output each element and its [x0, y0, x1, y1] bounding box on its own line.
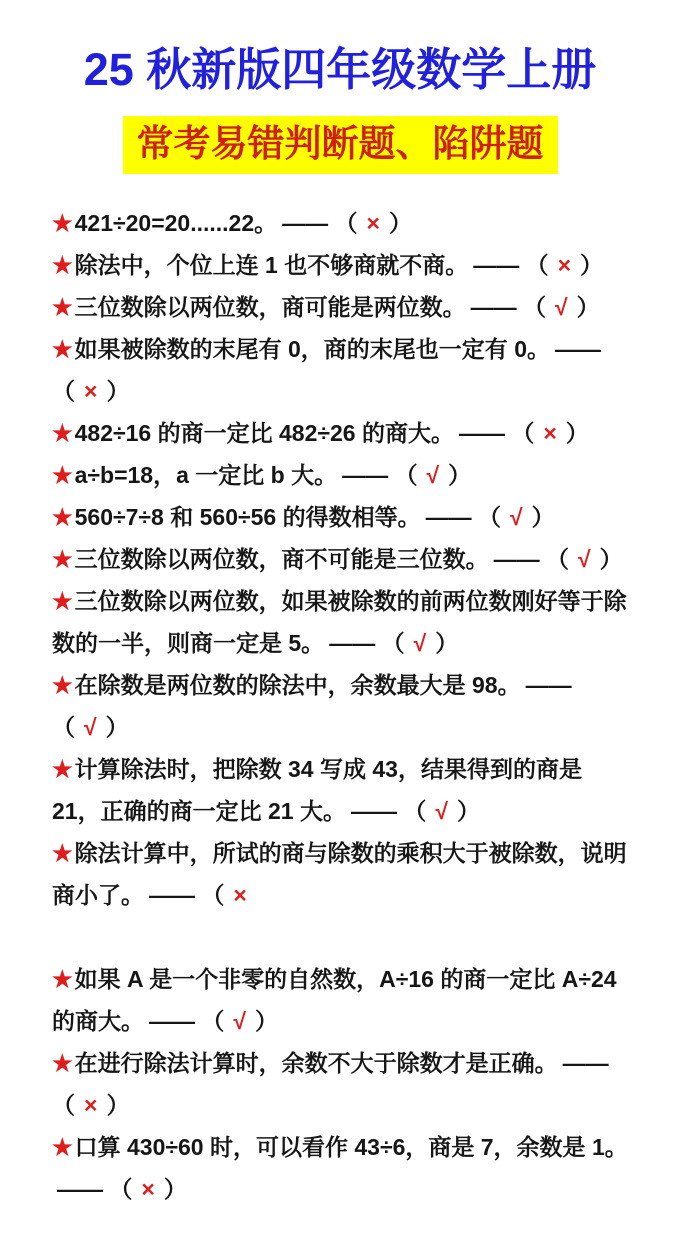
close-paren: ） [255, 1008, 278, 1034]
question-row: ★如果被除数的末尾有 0，商的末尾也一定有 0。—— （×） [52, 328, 634, 412]
question-statement: 如果 A 是一个非零的自然数，A÷16 的商一定比 A÷24 的商大。 [52, 966, 617, 1034]
answer-mark: √ [224, 1008, 255, 1034]
question-row: ★口算 430÷60 时，可以看作 43÷6，商是 7，余数是 1。—— （×） [52, 1126, 634, 1210]
answer-mark: × [75, 1092, 106, 1118]
close-paren: ） [164, 1176, 187, 1202]
question-row: ★除法中，个位上连 1 也不够商就不商。—— （×） [52, 244, 634, 286]
star-icon: ★ [52, 504, 75, 530]
close-paren: ） [532, 504, 555, 530]
question-row: ★560÷7÷8 和 560÷56 的得数相等。—— （√） [52, 496, 634, 538]
dash-open-paren: —— （ [346, 798, 426, 824]
answer-mark: × [534, 420, 565, 446]
answer-mark: √ [75, 714, 106, 740]
star-icon: ★ [52, 210, 75, 236]
question-list: ★421÷20=20......22。—— （×）★除法中，个位上连 1 也不够… [0, 174, 680, 1250]
dash-open-paren: —— （ [52, 1176, 132, 1202]
dash-open-paren: —— （ [277, 210, 357, 236]
question-statement: a÷b=18，a 一定比 b 大。 [75, 462, 338, 488]
answer-mark: × [75, 378, 106, 404]
star-icon: ★ [52, 294, 75, 320]
close-paren: ） [106, 378, 129, 404]
answer-mark: × [224, 882, 255, 908]
question-statement: 三位数除以两位数，商不可能是三位数。 [75, 546, 489, 572]
close-paren: ） [435, 630, 458, 656]
close-paren: ） [600, 546, 623, 572]
question-row: ★除法计算中，所试的商与除数的乘积大于被除数，说明商小了。—— （× [52, 832, 634, 916]
answer-mark: √ [569, 546, 600, 572]
dash-open-paren: —— （ [466, 294, 546, 320]
star-icon: ★ [52, 546, 75, 572]
answer-mark: √ [418, 462, 449, 488]
answer-mark: × [549, 252, 580, 278]
close-paren: ） [580, 252, 603, 278]
star-icon: ★ [52, 756, 75, 782]
subtitle-row: 常考易错判断题、陷阱题 [0, 116, 680, 174]
star-icon: ★ [52, 840, 75, 866]
close-paren: ） [106, 1092, 129, 1118]
page-subtitle: 常考易错判断题、陷阱题 [123, 116, 558, 174]
close-paren: ） [448, 462, 471, 488]
dash-open-paren: —— （ [144, 1008, 224, 1034]
question-row: ★在除数是两位数的除法中，余数最大是 98。—— （√） [52, 664, 634, 748]
question-statement: 除法中，个位上连 1 也不够商就不商。 [75, 252, 469, 278]
header: 25 秋新版四年级数学上册 常考易错判断题、陷阱题 [0, 0, 680, 174]
answer-mark: × [132, 1176, 163, 1202]
answer-mark: √ [546, 294, 577, 320]
star-icon: ★ [52, 1134, 75, 1160]
answer-mark: √ [426, 798, 457, 824]
question-statement: 482÷16 的商一定比 482÷26 的商大。 [75, 420, 454, 446]
question-row: ★在进行除法计算时，余数不大于除数才是正确。—— （×） [52, 1042, 634, 1126]
dash-open-paren: —— （ [337, 462, 417, 488]
question-row: ★三位数除以两位数，如果被除数的前两位数刚好等于除数的一半，则商一定是 5。——… [52, 580, 634, 664]
worksheet-page: 25 秋新版四年级数学上册 常考易错判断题、陷阱题 ★421÷20=20....… [0, 0, 680, 1250]
close-paren: ） [566, 420, 589, 446]
question-statement: 在进行除法计算时，余数不大于除数才是正确。 [75, 1050, 558, 1076]
dash-open-paren: —— （ [144, 882, 224, 908]
answer-mark: √ [405, 630, 436, 656]
question-statement: 如果被除数的末尾有 0，商的末尾也一定有 0。 [75, 336, 550, 362]
question-statement: 计算除法时，把除数 34 写成 43，结果得到的商是 21，正确的商一定比 21… [52, 756, 582, 824]
dash-open-paren: —— （ [468, 252, 548, 278]
question-row: ★三位数除以两位数，商可能是两位数。—— （√） [52, 286, 634, 328]
answer-mark: √ [501, 504, 532, 530]
star-icon: ★ [52, 1050, 75, 1076]
question-row: ★计算除法时，把除数 34 写成 43，结果得到的商是 21，正确的商一定比 2… [52, 748, 634, 832]
answer-mark: × [358, 210, 389, 236]
close-paren: ） [106, 714, 129, 740]
close-paren: ） [457, 798, 480, 824]
question-row: ★421÷20=20......22。—— （×） [52, 202, 634, 244]
star-icon: ★ [52, 966, 75, 992]
question-statement: 560÷7÷8 和 560÷56 的得数相等。 [75, 504, 421, 530]
dash-open-paren: —— （ [489, 546, 569, 572]
star-icon: ★ [52, 336, 75, 362]
dash-open-paren: —— （ [454, 420, 534, 446]
page-title: 25 秋新版四年级数学上册 [0, 44, 680, 96]
star-icon: ★ [52, 252, 75, 278]
star-icon: ★ [52, 462, 75, 488]
question-statement: 421÷20=20......22。 [75, 210, 278, 236]
question-row: ★三位数除以两位数，商不可能是三位数。—— （√） [52, 538, 634, 580]
dash-open-paren: —— （ [324, 630, 404, 656]
star-icon: ★ [52, 672, 75, 698]
close-paren: ） [577, 294, 600, 320]
question-row: ★a÷b=18，a 一定比 b 大。—— （√） [52, 454, 634, 496]
question-statement: 口算 430÷60 时，可以看作 43÷6，商是 7，余数是 1。 [75, 1134, 628, 1160]
dash-open-paren: —— （ [421, 504, 501, 530]
star-icon: ★ [52, 420, 75, 446]
question-statement: 在除数是两位数的除法中，余数最大是 98。 [75, 672, 521, 698]
question-statement: 除法计算中，所试的商与除数的乘积大于被除数，说明商小了。 [52, 840, 627, 908]
question-statement: 三位数除以两位数，商可能是两位数。 [75, 294, 466, 320]
close-paren: ） [389, 210, 412, 236]
question-row: ★如果 A 是一个非零的自然数，A÷16 的商一定比 A÷24 的商大。—— （… [52, 958, 634, 1042]
question-row: ★482÷16 的商一定比 482÷26 的商大。—— （×） [52, 412, 634, 454]
star-icon: ★ [52, 588, 75, 614]
